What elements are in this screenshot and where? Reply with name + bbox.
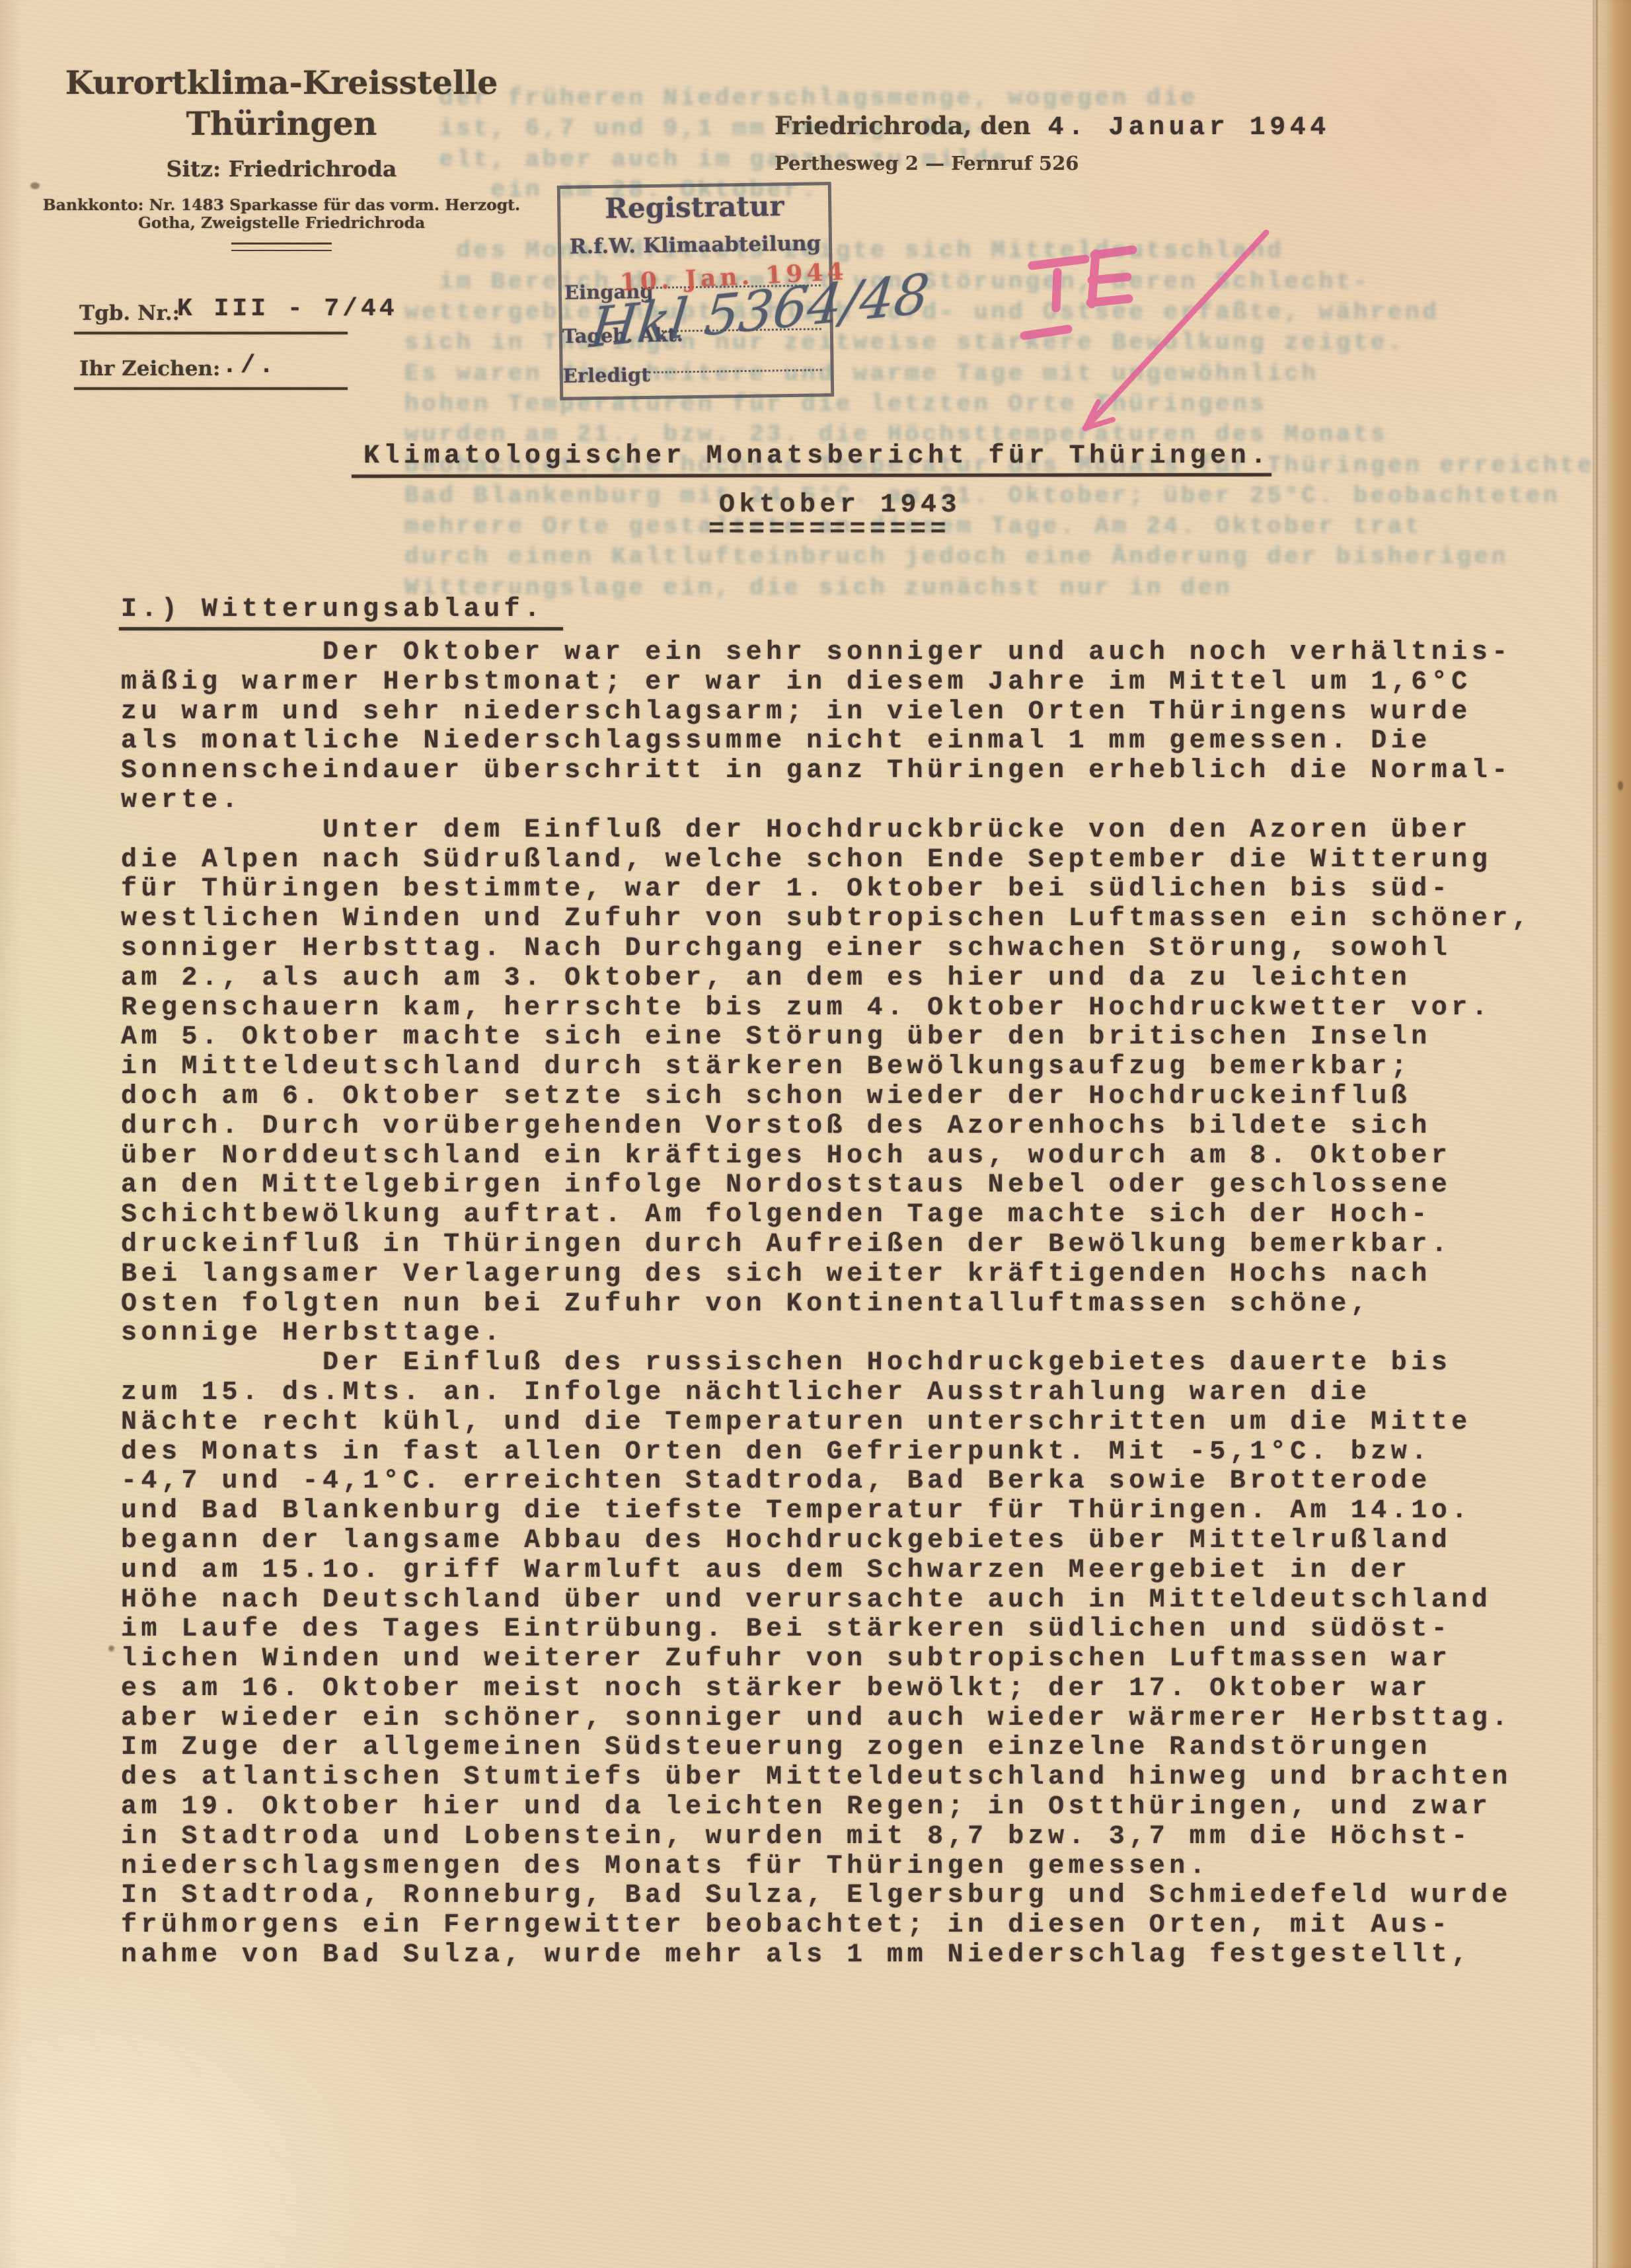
ihr-zeichen-value: ./. xyxy=(222,352,277,380)
registry-stamp: Registratur R.f.W. Klimaabteilung Eingan… xyxy=(557,182,834,400)
org-seat: Sitz: Friedrichroda xyxy=(38,156,525,182)
ie-i-stem xyxy=(1056,272,1057,308)
section-heading: I.) Witterungsablauf. xyxy=(121,595,545,624)
report-body-text: Der Oktober war ein sehr sonniger und au… xyxy=(121,638,1532,1971)
org-name-line2: Thüringen xyxy=(38,104,525,143)
date-header: Friedrichroda, den4. Januar 1944 Perthes… xyxy=(775,111,1330,174)
ihr-zeichen-label: Ihr Zeichen: xyxy=(79,357,220,381)
stamp-dotted-line-erledigt xyxy=(649,369,822,373)
pink-ie-annotation xyxy=(991,225,1302,456)
tgb-nr-label: Tgb. Nr.: xyxy=(79,301,180,325)
ie-e-mid-bar xyxy=(1092,277,1127,280)
place-label: Friedrichroda, den xyxy=(775,111,1031,140)
ihr-zeichen-underline xyxy=(74,387,348,390)
stamp-field-erledigt: Erledigt xyxy=(563,363,650,387)
tgb-nr-underline xyxy=(74,332,348,334)
ie-e-bottom-bar xyxy=(1090,299,1129,303)
section-heading-underline xyxy=(119,627,563,630)
report-month-underline-row: ============ xyxy=(708,515,950,545)
ie-i-bottom-bar xyxy=(1024,329,1068,336)
letterhead: Kurortklima-Kreisstelle Thüringen Sitz: … xyxy=(38,63,525,251)
letter-date: 4. Januar 1944 xyxy=(1048,113,1330,143)
org-name-line1: Kurortklima-Kreisstelle xyxy=(38,63,525,102)
document-page: der früheren Niederschlagsmenge, wogegen… xyxy=(0,0,1631,2268)
letterhead-divider-rule xyxy=(231,243,332,251)
ie-i-top-bar xyxy=(1032,259,1085,266)
stamp-title: Registratur xyxy=(560,189,829,225)
address-phone-line: Perthesweg 2 — Fernruf 526 xyxy=(775,152,1330,174)
paper-speck xyxy=(108,1645,114,1651)
bank-account-line1: Bankkonto: Nr. 1483 Sparkasse für das vo… xyxy=(38,196,525,214)
page-edge-crease xyxy=(1596,0,1598,2268)
tgb-nr-value: K III - 7/44 xyxy=(177,295,398,323)
annotation-arrow-line xyxy=(1085,233,1266,428)
paper-speck xyxy=(1618,781,1623,790)
ie-e-top-bar xyxy=(1094,250,1133,255)
bank-account-line2: Gotha, Zweigstelle Friedrichroda xyxy=(38,214,525,232)
page-right-edge xyxy=(1593,0,1631,2268)
stamp-office: R.f.W. Klimaabteilung xyxy=(552,231,839,259)
